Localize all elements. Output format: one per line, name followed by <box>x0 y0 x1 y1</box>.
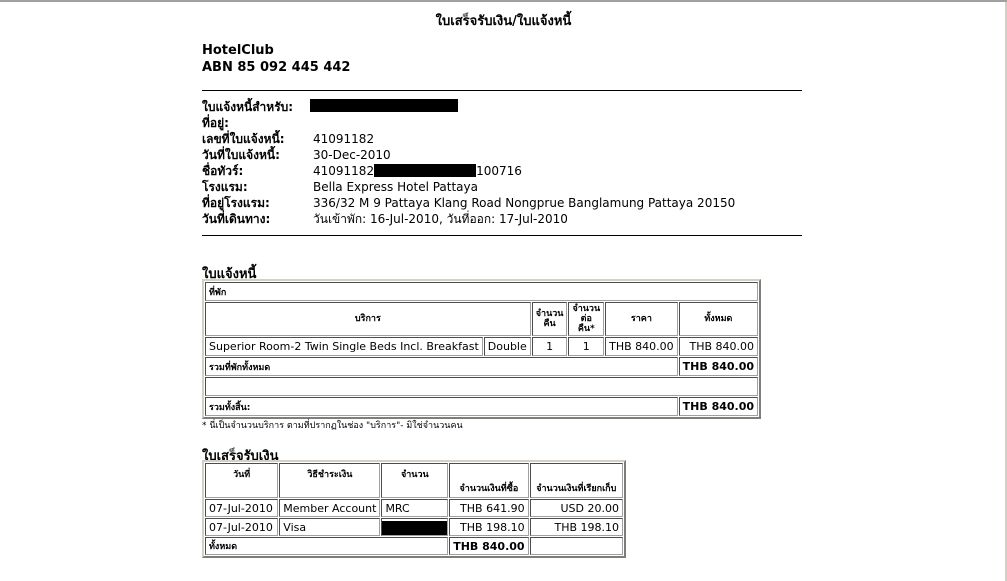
column-header-total: ทั้งหมด <box>679 302 758 336</box>
invoice-table: ที่พัก บริการ จำนวน คืน จำนวน ต่อคืน* รา… <box>202 279 761 419</box>
empty-cell <box>205 377 758 396</box>
subtotal-label: รวมที่พักทั้งหมด <box>205 357 678 376</box>
info-row-address: ที่อยู่: <box>202 115 735 131</box>
charged-amount-cell: THB 198.10 <box>530 518 623 536</box>
divider <box>202 90 802 91</box>
info-row-invoice-number: เลขที่ใบแจ้งหนี้: 41091182 <box>202 131 735 147</box>
column-header-nights: จำนวน คืน <box>532 302 568 336</box>
purchase-amount-cell: THB 198.10 <box>449 518 528 536</box>
column-header-method: วิธีชำระเงิน <box>279 463 380 498</box>
column-header-amount: จำนวน <box>381 463 448 498</box>
window-top-border <box>0 0 1007 2</box>
company-block: HotelClub ABN 85 092 445 442 <box>202 42 350 76</box>
column-header-charged-amount: จำนวนเงินที่เรียกเก็บ <box>530 463 623 498</box>
receipt-table: วันที่ วิธีชำระเงิน จำนวน จำนวนเงินที่ซื… <box>202 460 626 558</box>
total-label: ทั้งหมด <box>205 537 448 555</box>
grand-total-row: รวมทั้งสิ้น: THB 840.00 <box>205 397 758 416</box>
subtotal-value: THB 840.00 <box>679 357 758 376</box>
info-label: วันที่ใบแจ้งหนี้: <box>202 147 313 163</box>
tour-id-prefix: 41091182 <box>313 164 374 178</box>
info-value: วันเข้าพัก: 16-Jul-2010, วันที่ออก: 17-J… <box>313 211 568 227</box>
info-value: Bella Express Hotel Pattaya <box>313 179 478 195</box>
table-row: 07-Jul-2010 Visa THB 198.10 THB 198.10 <box>205 518 623 536</box>
total-value: THB 840.00 <box>449 537 528 555</box>
info-label: วันที่เดินทาง: <box>202 211 313 227</box>
redacted-block <box>382 521 447 535</box>
grand-total-label: รวมทั้งสิ้น: <box>205 397 678 416</box>
empty-cell <box>530 537 623 555</box>
info-label: โรงแรม: <box>202 179 313 195</box>
footnote: * นี่เป็นจำนวนบริการ ตามที่ปรากฏในช่อง "… <box>202 418 463 432</box>
method-cell: Member Account <box>279 499 380 517</box>
info-label: ที่อยู่: <box>202 115 313 131</box>
purchase-amount-cell: THB 641.90 <box>449 499 528 517</box>
service-cell: Superior Room-2 Twin Single Beds Incl. B… <box>205 337 483 356</box>
column-header-price: ราคา <box>605 302 678 336</box>
info-label: เลขที่ใบแจ้งหนี้: <box>202 131 313 147</box>
info-value: 30-Dec-2010 <box>313 147 391 163</box>
spacer-row <box>205 377 758 396</box>
divider <box>202 235 802 236</box>
info-row-hotel: โรงแรม: Bella Express Hotel Pattaya <box>202 179 735 195</box>
date-cell: 07-Jul-2010 <box>205 499 278 517</box>
room-type-cell: Double <box>484 337 531 356</box>
info-value: 41091182 <box>313 131 374 147</box>
column-header-per-night: จำนวน ต่อคืน* <box>568 302 604 336</box>
total-row: ทั้งหมด THB 840.00 <box>205 537 623 555</box>
subtotal-row: รวมที่พักทั้งหมด THB 840.00 <box>205 357 758 376</box>
table-row: Superior Room-2 Twin Single Beds Incl. B… <box>205 337 758 356</box>
company-abn: ABN 85 092 445 442 <box>202 59 350 76</box>
info-label: ใบแจ้งหนี้สำหรับ: <box>202 99 313 115</box>
document-title: ใบเสร็จรับเงิน/ใบแจ้งหนี้ <box>0 10 1007 31</box>
info-row-hotel-address: ที่อยู่โรงแรม: 336/32 M 9 Pattaya Klang … <box>202 195 735 211</box>
redacted-block <box>374 164 476 177</box>
info-row-bill-to: ใบแจ้งหนี้สำหรับ: <box>202 99 735 115</box>
column-header-service: บริการ <box>205 302 531 336</box>
total-cell: THB 840.00 <box>679 337 758 356</box>
info-value: 41091182100716 <box>313 163 522 179</box>
amount-ref-cell: MRC <box>381 499 448 517</box>
info-row-invoice-date: วันที่ใบแจ้งหนี้: 30-Dec-2010 <box>202 147 735 163</box>
charged-amount-cell: USD 20.00 <box>530 499 623 517</box>
column-header-purchase-amount: จำนวนเงินที่ซื้อ <box>449 463 528 498</box>
nights-cell: 1 <box>532 337 568 356</box>
section-label: ที่พัก <box>205 282 758 301</box>
price-cell: THB 840.00 <box>605 337 678 356</box>
info-label: ชื่อทัวร์: <box>202 163 313 179</box>
column-header-date: วันที่ <box>205 463 278 498</box>
redacted-block <box>310 99 458 112</box>
info-value: 336/32 M 9 Pattaya Klang Road Nongprue B… <box>313 195 735 211</box>
tour-id-suffix: 100716 <box>476 164 522 178</box>
grand-total-value: THB 840.00 <box>679 397 758 416</box>
info-row-tour-name: ชื่อทัวร์: 41091182100716 <box>202 163 735 179</box>
info-label: ที่อยู่โรงแรม: <box>202 195 313 211</box>
method-cell: Visa <box>279 518 380 536</box>
per-night-cell: 1 <box>568 337 604 356</box>
info-row-travel-dates: วันที่เดินทาง: วันเข้าพัก: 16-Jul-2010, … <box>202 211 735 227</box>
amount-ref-cell <box>381 518 448 536</box>
table-row: 07-Jul-2010 Member Account MRC THB 641.9… <box>205 499 623 517</box>
company-name: HotelClub <box>202 42 350 59</box>
date-cell: 07-Jul-2010 <box>205 518 278 536</box>
invoice-info: ใบแจ้งหนี้สำหรับ: ที่อยู่: เลขที่ใบแจ้งห… <box>202 99 735 227</box>
